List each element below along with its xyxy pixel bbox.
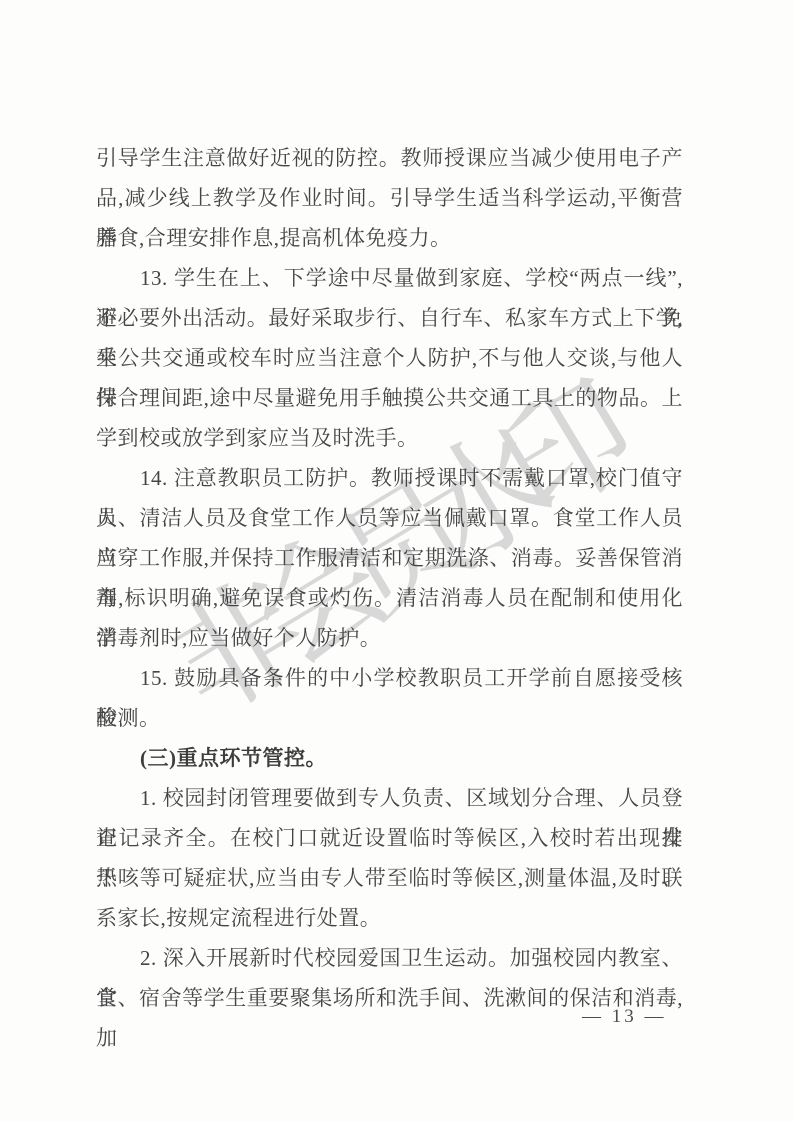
text-line: 查记录齐全。在校门口就近设置临时等候区,入校时若出现发热、: [96, 818, 683, 858]
text-line-item-13: 13. 学生在上、下学途中尽量做到家庭、学校“两点一线”,避免: [96, 258, 683, 298]
section-heading: (三)重点环节管控。: [96, 738, 683, 778]
text-line-item-1: 1. 校园封闭管理要做到专人负责、区域划分合理、人员登记排: [96, 778, 683, 818]
text-line: 坐公共交通或校车时应当注意个人防护,不与他人交谈,与他人保: [96, 338, 683, 378]
text-line: 品,减少线上教学及作业时间。引导学生适当科学运动,平衡营养: [96, 178, 683, 218]
text-line: 系家长,按规定流程进行处置。: [96, 898, 683, 938]
text-line: 学到校或放学到家应当及时洗手。: [96, 418, 683, 458]
page-number: — 13 —: [582, 1002, 667, 1032]
text-line: 持合理间距,途中尽量避免用手触摸公共交通工具上的物品。上: [96, 378, 683, 418]
document-page: 非会员水印 引导学生注意做好近视的防控。教师授课应当减少使用电子产 品,减少线上…: [0, 0, 793, 1122]
text-line: 引导学生注意做好近视的防控。教师授课应当减少使用电子产: [96, 138, 683, 178]
text-line: 检测。: [96, 698, 683, 738]
text-line: 膳食,合理安排作息,提高机体免疫力。: [96, 218, 683, 258]
document-body: 引导学生注意做好近视的防控。教师授课应当减少使用电子产 品,减少线上教学及作业时…: [96, 138, 683, 1018]
text-line: 当穿工作服,并保持工作服清洁和定期洗涤、消毒。妥善保管消毒: [96, 538, 683, 578]
text-line: 员、清洁人员及食堂工作人员等应当佩戴口罩。食堂工作人员应: [96, 498, 683, 538]
text-line: 消毒剂时,应当做好个人防护。: [96, 618, 683, 658]
text-line-item-2: 2. 深入开展新时代校园爱国卫生运动。加强校园内教室、食: [96, 938, 683, 978]
text-line: 剂,标识明确,避免误食或灼伤。清洁消毒人员在配制和使用化学: [96, 578, 683, 618]
text-line: 不必要外出活动。最好采取步行、自行车、私家车方式上下学,乘: [96, 298, 683, 338]
text-line-item-14: 14. 注意教职员工防护。教师授课时不需戴口罩,校门值守人: [96, 458, 683, 498]
text-line: 干咳等可疑症状,应当由专人带至临时等候区,测量体温,及时联: [96, 858, 683, 898]
text-line-item-15: 15. 鼓励具备条件的中小学校教职员工开学前自愿接受核酸: [96, 658, 683, 698]
